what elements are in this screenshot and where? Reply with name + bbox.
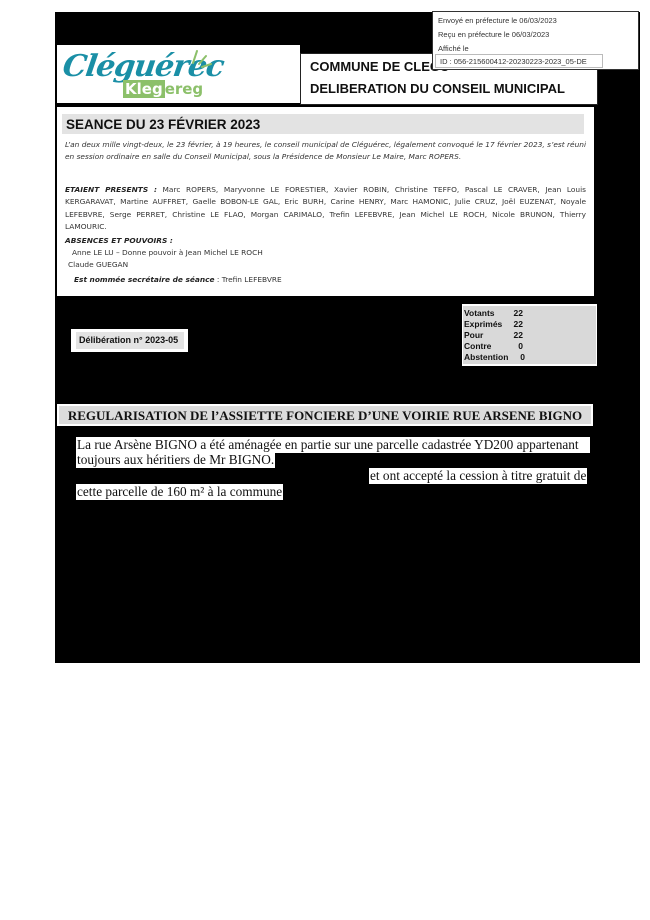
vote-row-votants: Votants22 bbox=[464, 308, 495, 318]
absence-item: Anne LE LU – Donne pouvoir à Jean Michel… bbox=[72, 247, 593, 259]
stamp-id: ID : 056-215600412-20230223-2023_05-DE bbox=[435, 54, 603, 68]
session-details: SEANCE DU 23 FÉVRIER 2023 L’an deux mill… bbox=[57, 107, 594, 296]
logo-rays-icon bbox=[187, 47, 213, 69]
secretary-label: Est nommée secrétaire de séance bbox=[74, 275, 215, 284]
deliberation-number: Délibération n° 2023-05 bbox=[76, 332, 184, 349]
deliberation-title: DELIBERATION DU CONSEIL MUNICIPAL bbox=[310, 81, 565, 96]
subject-heading-box: REGULARISATION DE l’ASSIETTE FONCIERE D’… bbox=[57, 404, 593, 426]
absence-item: Claude GUEGAN bbox=[68, 259, 589, 271]
session-title: SEANCE DU 23 FÉVRIER 2023 bbox=[62, 114, 584, 134]
body-line-4: cette parcelle de 160 m² à la commune bbox=[76, 484, 283, 500]
present-label: ETAIENT PRESENTS : bbox=[65, 185, 157, 194]
vote-row-contre: Contre0 bbox=[464, 341, 491, 351]
vote-results: Votants22 Exprimés22 Pour22 Contre0 Abst… bbox=[462, 304, 597, 366]
commune-title: COMMUNE DE CLEGU bbox=[310, 59, 449, 74]
deliberation-number-box: Délibération n° 2023-05 bbox=[71, 329, 188, 352]
commune-logo: Cléguérec Klegereg bbox=[57, 45, 300, 103]
body-line-1: La rue Arsène BIGNO a été aménagée en pa… bbox=[76, 437, 590, 453]
vote-row-pour: Pour22 bbox=[464, 330, 483, 340]
stamp-received: Reçu en préfecture le 06/03/2023 bbox=[438, 30, 549, 39]
vote-row-abstention: Abstention0 bbox=[464, 352, 508, 362]
logo-breton-name: Klegereg bbox=[123, 80, 203, 98]
body-line-2: toujours aux héritiers de Mr BIGNO. bbox=[76, 452, 275, 468]
body-line-3: et ont accepté la cession à titre gratui… bbox=[369, 468, 587, 484]
present-members: ETAIENT PRESENTS : Marc ROPERS, Maryvonn… bbox=[65, 184, 586, 234]
logo-sub-highlight: Kleg bbox=[123, 80, 165, 98]
vote-row-exprimes: Exprimés22 bbox=[464, 319, 502, 329]
secretary-name: Trefin LEFEBVRE bbox=[222, 275, 282, 284]
stamp-posted: Affiché le bbox=[438, 44, 469, 53]
secretary-line: Est nommée secrétaire de séance : Trefin… bbox=[74, 274, 595, 286]
subject-heading: REGULARISATION DE l’ASSIETTE FONCIERE D’… bbox=[59, 406, 591, 424]
prefecture-stamp: Envoyé en préfecture le 06/03/2023 Reçu … bbox=[432, 11, 639, 70]
absences-label: ABSENCES ET POUVOIRS : bbox=[65, 235, 586, 247]
stamp-sent: Envoyé en préfecture le 06/03/2023 bbox=[438, 16, 557, 25]
session-intro: L’an deux mille vingt-deux, le 23 févrie… bbox=[65, 139, 586, 164]
logo-sub-rest: ereg bbox=[165, 80, 203, 98]
